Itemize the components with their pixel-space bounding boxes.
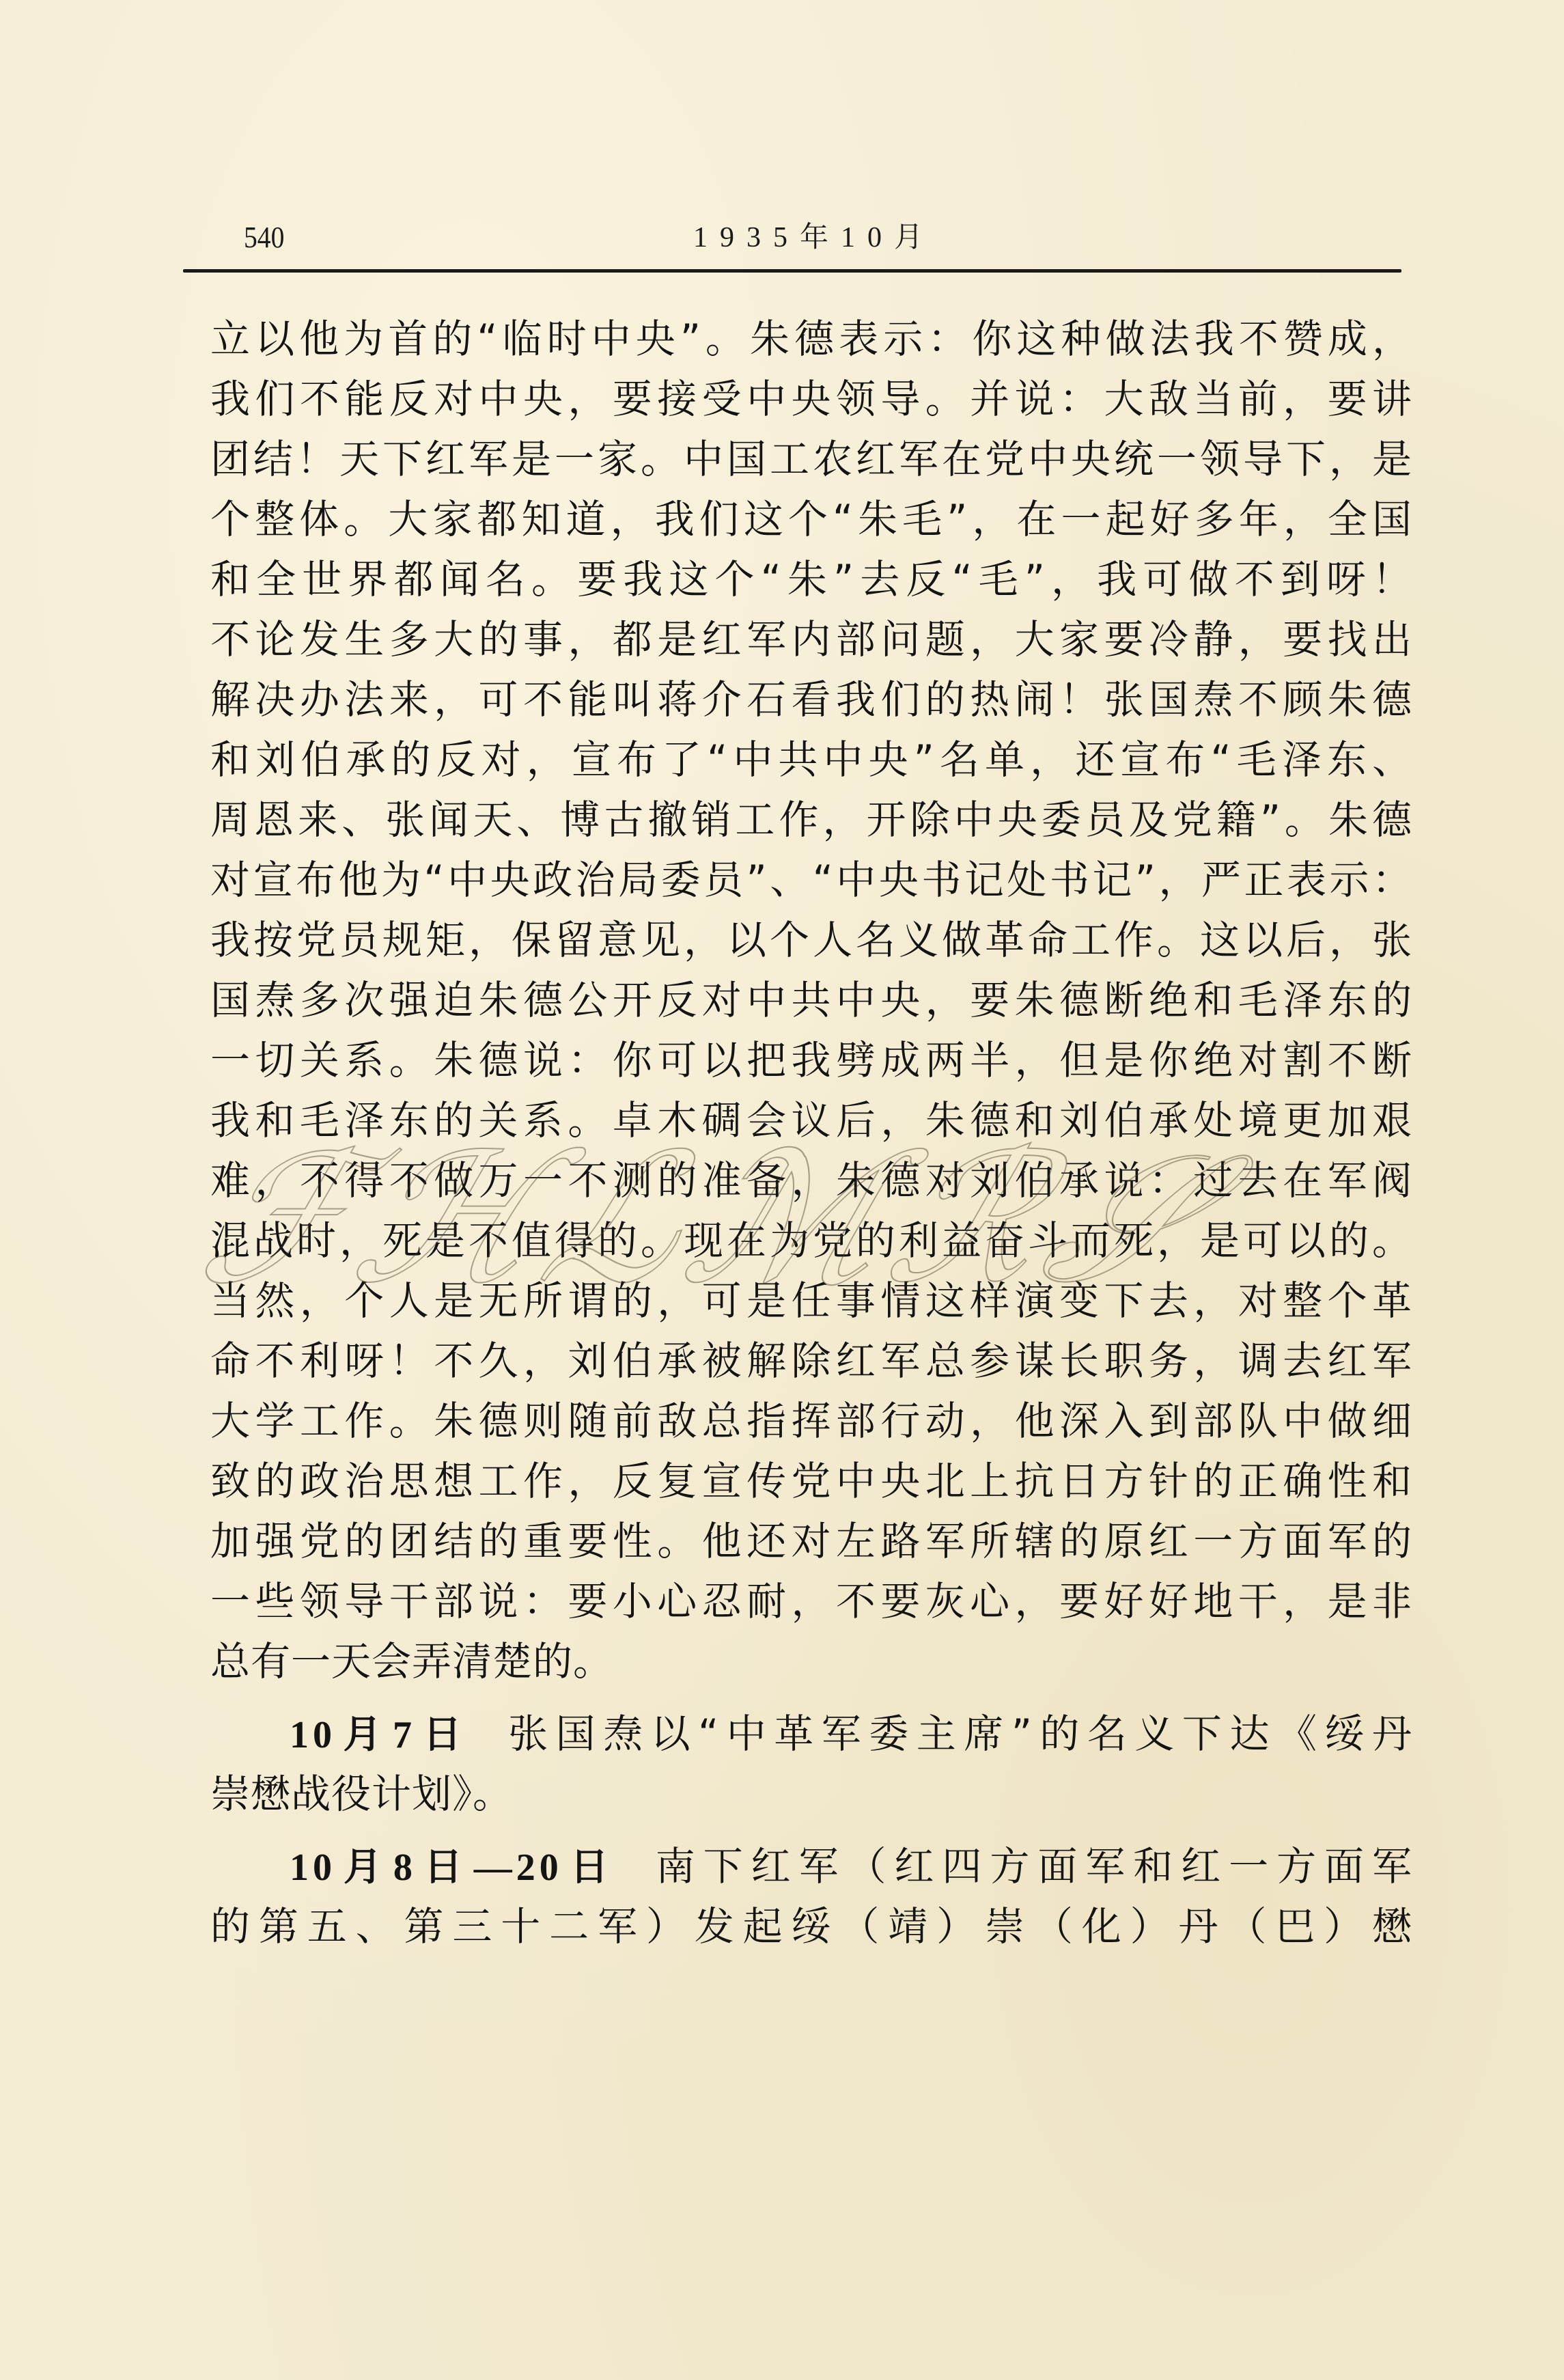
page-number: 540: [244, 217, 284, 258]
text-line: 命不利呀！不久，刘伯承被解除红军总参谋长职务，调去红军: [210, 1331, 1412, 1391]
running-head: 540 1935年10月: [183, 217, 1401, 258]
text-line: 一些领导干部说：要小心忍耐，不要灰心，要好好地干，是非: [210, 1571, 1412, 1631]
text-line: 不论发生多大的事，都是红军内部问题，大家要冷静，要找出: [210, 609, 1412, 669]
entry-text: 南下红军（红四方面军和红一方面军: [656, 1843, 1412, 1890]
text-line: 总有一天会弄清楚的。: [210, 1631, 1412, 1691]
text-line: 10月7日张国焘以“中革军委主席”的名义下达《绥丹: [210, 1704, 1412, 1764]
text-line: 混战时，死是不值得的。现在为党的利益奋斗而死，是可以的。: [210, 1210, 1412, 1271]
text-line: 国焘多次强迫朱德公开反对中共中央，要朱德断绝和毛泽东的: [210, 970, 1412, 1030]
text-line: 我按党员规矩，保留意见，以个人名义做革命工作。这以后，张: [210, 910, 1412, 970]
text-line: 致的政治思想工作，反复宣传党中央北上抗日方针的正确性和: [210, 1451, 1412, 1511]
text-line: 大学工作。朱德则随前敌总指挥部行动，他深入到部队中做细: [210, 1391, 1412, 1451]
text-line: 10月8日—20日南下红军（红四方面军和红一方面军: [210, 1836, 1412, 1896]
entry-text: 张国焘以“中革军委主席”的名义下达《绥丹: [508, 1711, 1412, 1757]
text-line: 的第五、第三十二军）发起绥（靖）崇（化）丹（巴）懋: [210, 1896, 1412, 1956]
entry-date: 10月7日: [290, 1714, 473, 1756]
text-line: 个整体。大家都知道，我们这个“朱毛”，在一起好多年，全国: [210, 489, 1412, 549]
body-text: 立以他为首的“临时中央”。朱德表示：你这种做法我不赞成， 我们不能反对中央，要接…: [210, 309, 1412, 1956]
text-line: 对宣布他为“中央政治局委员”、“中央书记处书记”，严正表示：: [210, 850, 1412, 910]
chronology-entry-oct-7: 10月7日张国焘以“中革军委主席”的名义下达《绥丹 崇懋战役计划》。: [210, 1704, 1412, 1824]
text-line: 难，不得不做万一不测的准备，朱德对刘伯承说：过去在军阀: [210, 1150, 1412, 1210]
text-line: 加强党的团结的重要性。他还对左路军所辖的原红一方面军的: [210, 1511, 1412, 1571]
running-title: 1935年10月: [693, 217, 935, 258]
entry-date: 10月8日—20日: [290, 1846, 620, 1889]
text-line: 当然，个人是无所谓的，可是任事情这样演变下去，对整个革: [210, 1271, 1412, 1331]
text-line: 解决办法来，可不能叫蒋介石看我们的热闹！张国焘不顾朱德: [210, 669, 1412, 730]
header-rule: [183, 269, 1401, 273]
text-line: 和刘伯承的反对，宣布了“中共中央”名单，还宣布“毛泽东、: [210, 730, 1412, 790]
text-line: 崇懋战役计划》。: [210, 1764, 1412, 1824]
text-line: 我们不能反对中央，要接受中央领导。并说：大敌当前，要讲: [210, 369, 1412, 429]
text-line: 和全世界都闻名。要我这个“朱”去反“毛”，我可做不到呀！: [210, 549, 1412, 609]
book-page: 540 1935年10月 立以他为首的“临时中央”。朱德表示：你这种做法我不赞成…: [0, 0, 1564, 2380]
text-line: 立以他为首的“临时中央”。朱德表示：你这种做法我不赞成，: [210, 309, 1412, 369]
text-line: 我和毛泽东的关系。卓木碉会议后，朱德和刘伯承处境更加艰: [210, 1090, 1412, 1150]
text-line: 一切关系。朱德说：你可以把我劈成两半，但是你绝对割不断: [210, 1030, 1412, 1090]
text-line: 团结！天下红军是一家。中国工农红军在党中央统一领导下，是: [210, 429, 1412, 489]
continued-paragraph: 立以他为首的“临时中央”。朱德表示：你这种做法我不赞成， 我们不能反对中央，要接…: [210, 309, 1412, 1691]
chronology-entry-oct-8-20: 10月8日—20日南下红军（红四方面军和红一方面军 的第五、第三十二军）发起绥（…: [210, 1836, 1412, 1956]
text-line: 周恩来、张闻天、博古撤销工作，开除中央委员及党籍”。朱德: [210, 790, 1412, 850]
